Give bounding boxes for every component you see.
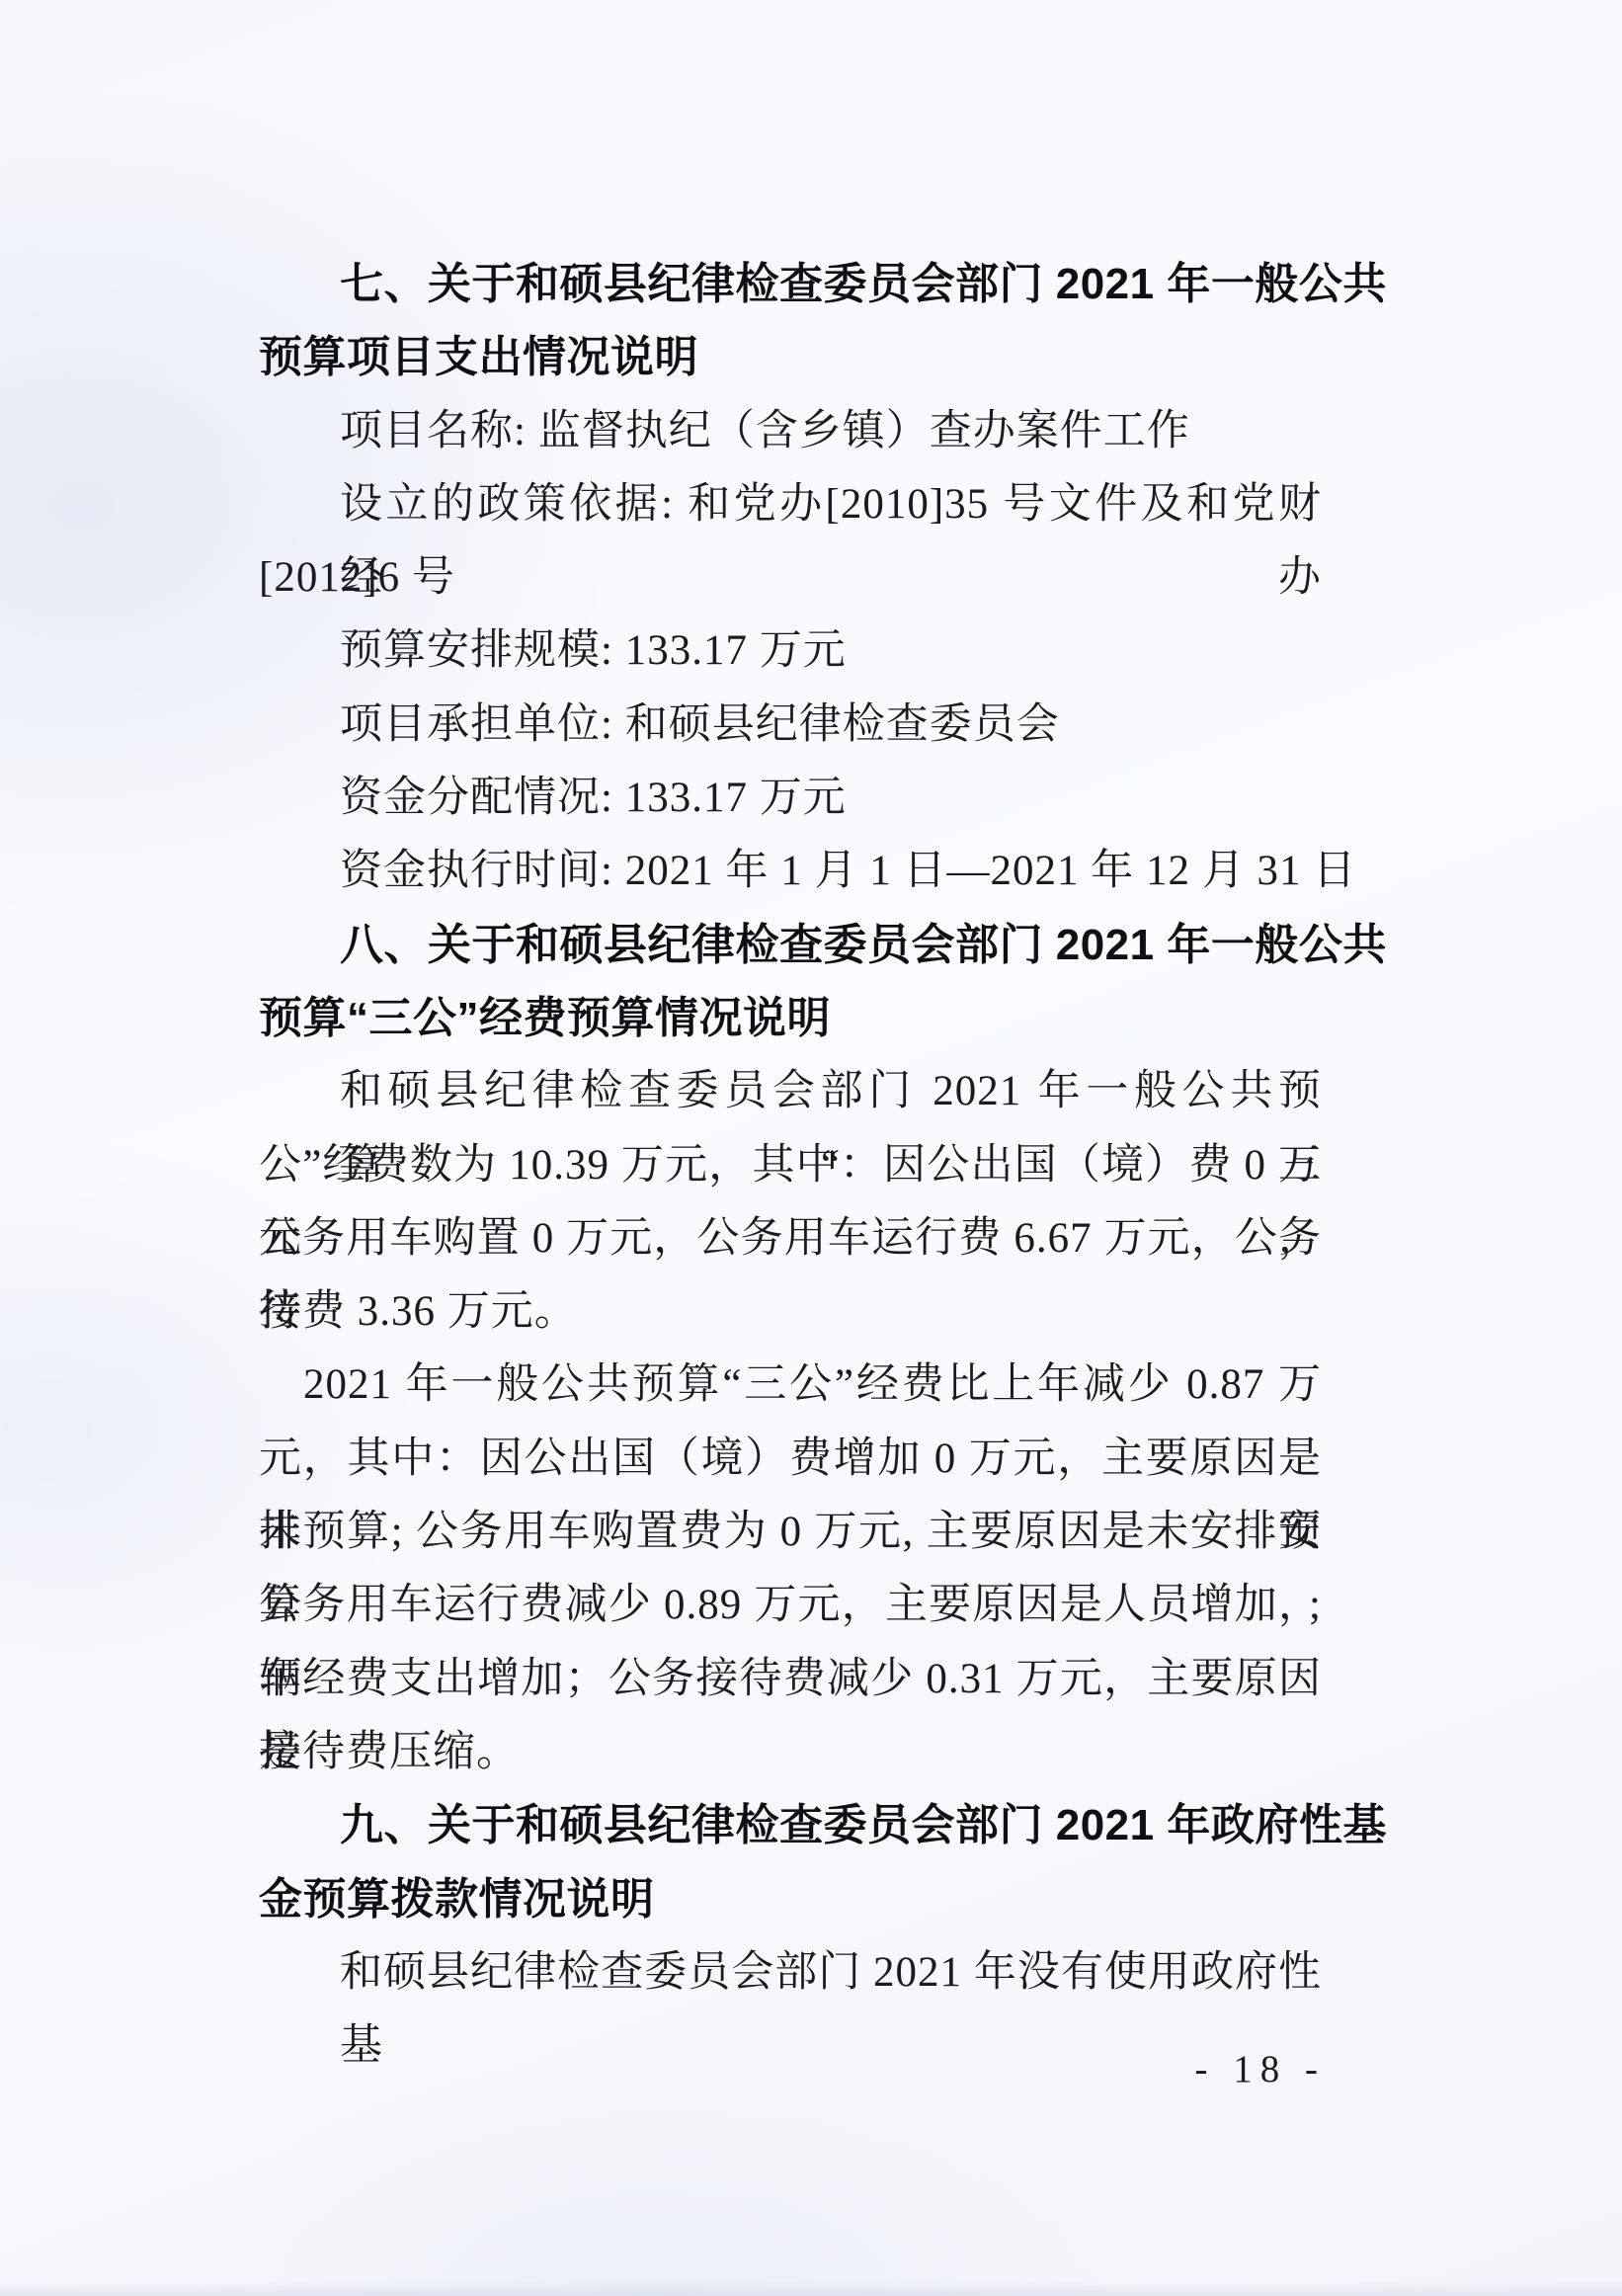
- undertaking-unit-line: 项目承担单位: 和硕县纪律检查委员会: [259, 689, 1322, 762]
- three-public-change-paragraph-line1: 2021 年一般公共预算“三公”经费比上年减少 0.87 万: [259, 1349, 1322, 1422]
- fund-execution-period-line: 资金执行时间: 2021 年 1 月 1 日—2021 年 12 月 31 日: [259, 835, 1322, 908]
- section-seven-heading-line2: 预算项目支出情况说明: [259, 321, 1322, 394]
- three-public-change-paragraph-line2: 元，其中：因公出国（境）费增加 0 万元，主要原因是未安: [259, 1423, 1322, 1496]
- section-eight-heading-line1: 八、关于和硕县纪律检查委员会部门 2021 年一般公共: [259, 909, 1322, 982]
- document-text-block: 七、关于和硕县纪律检查委员会部门 2021 年一般公共 预算项目支出情况说明 项…: [259, 248, 1322, 2009]
- section-seven-heading-line1: 七、关于和硕县纪律检查委员会部门 2021 年一般公共: [259, 248, 1322, 321]
- budget-scale-line: 预算安排规模: 133.17 万元: [259, 615, 1322, 688]
- fund-allocation-line: 资金分配情况: 133.17 万元: [259, 762, 1322, 835]
- page-number: - 18 -: [1195, 2047, 1326, 2091]
- section-nine-heading-line2: 金预算拨款情况说明: [259, 1863, 1322, 1936]
- three-public-change-paragraph-line3: 排预算; 公务用车购置费为 0 万元, 主要原因是未安排预算;: [259, 1496, 1322, 1569]
- section-nine-heading-line1: 九、关于和硕县纪律检查委员会部门 2021 年政府性基: [259, 1789, 1322, 1862]
- section-eight-heading-line2: 预算“三公”经费预算情况说明: [259, 982, 1322, 1055]
- policy-basis-line1: 设立的政策依据: 和党办[2010]35 号文件及和党财经办: [259, 468, 1322, 541]
- three-public-paragraph-line3: 公务用车购置 0 万元，公务用车运行费 6.67 万元，公务接: [259, 1202, 1322, 1275]
- three-public-change-paragraph-line4: 公务用车运行费减少 0.89 万元，主要原因是人员增加，车: [259, 1569, 1322, 1642]
- gov-fund-paragraph-line1: 和硕县纪律检查委员会部门 2021 年没有使用政府性基: [259, 1936, 1322, 2009]
- three-public-change-paragraph-line6: 接待费压缩。: [259, 1716, 1322, 1789]
- three-public-change-paragraph-line5: 辆经费支出增加；公务接待费减少 0.31 万元，主要原因是: [259, 1643, 1322, 1716]
- three-public-paragraph-line4: 待费 3.36 万元。: [259, 1275, 1322, 1349]
- three-public-paragraph-line2: 公”经费数为 10.39 万元，其中：因公出国（境）费 0 万元，: [259, 1129, 1322, 1202]
- project-name-line: 项目名称: 监督执纪（含乡镇）查办案件工作: [259, 395, 1322, 468]
- document-page: 七、关于和硕县纪律检查委员会部门 2021 年一般公共 预算项目支出情况说明 项…: [0, 0, 1622, 2296]
- three-public-paragraph-line1: 和硕县纪律检查委员会部门 2021 年一般公共预算“三: [259, 1055, 1322, 1128]
